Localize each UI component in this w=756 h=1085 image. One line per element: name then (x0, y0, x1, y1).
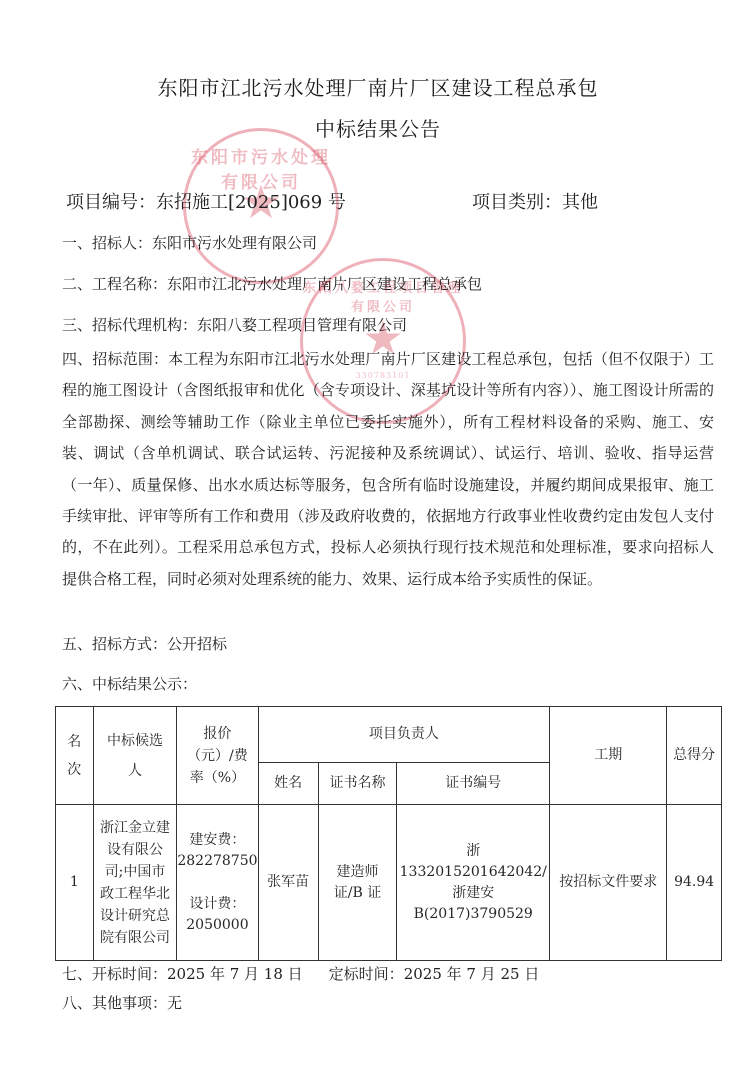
header-cert-no: 证书编号 (397, 763, 550, 805)
cell-cert-no: 浙 1332015201642042/ 浙建安 B(2017)3790529 (397, 805, 550, 961)
project-category: 项目类别：其他 (472, 188, 598, 214)
header-price: 报价（元）/费率（%） (177, 707, 258, 805)
header-duration: 工期 (550, 707, 667, 805)
section-label: 四、招标范围： (62, 350, 168, 368)
opening-time-value: 2025 年 7 月 18 日 (167, 965, 303, 983)
section-value: 本工程为东阳市江北污水处理厂南片厂区建设工程总承包，包括（但不仅限于）工程的施工… (62, 350, 714, 588)
section-tender-method: 五、招标方式：公开招标 (62, 633, 227, 654)
project-category-label: 项目类别： (472, 192, 562, 213)
cell-score: 94.94 (667, 805, 722, 961)
section-label: 八、其他事项： (62, 994, 167, 1012)
cell-bidder: 浙江金立建设有限公司;中国市政工程华北设计研究总院有限公司 (93, 805, 177, 961)
header-rank: 名次 (56, 707, 94, 805)
project-number: 项目编号：东招施工[2025]069 号 (66, 188, 346, 214)
section-agency: 三、招标代理机构：东阳八婺工程项目管理有限公司 (62, 314, 407, 335)
section-value: 东阳市污水处理有限公司 (152, 234, 317, 252)
cell-rank: 1 (56, 805, 94, 961)
section-label: 二、工程名称： (62, 275, 167, 293)
header-bidder: 中标候选人 (93, 707, 177, 805)
section-value: 东阳八婺工程项目管理有限公司 (197, 316, 407, 334)
section-label: 三、招标代理机构： (62, 316, 197, 334)
project-number-value: 东招施工[2025]069 号 (156, 192, 346, 213)
header-score: 总得分 (667, 707, 722, 805)
header-project-manager: 项目负责人 (258, 707, 550, 763)
stamp-text: 东阳市污水处理有限公司 (186, 143, 336, 193)
table-row: 1 浙江金立建设有限公司;中国市政工程华北设计研究总院有限公司 建安费： 282… (56, 805, 722, 961)
design-fee-value: 2050000 (177, 915, 257, 936)
cell-price: 建安费： 282278750 设计费： 2050000 (177, 805, 258, 961)
section-dates: 七、开标时间：2025 年 7 月 18 日定标时间：2025 年 7 月 25… (62, 963, 539, 984)
announcement-page: 东阳市污水处理有限公司 ★ 东阳八婺工程项目管理有限公司 ★ 330783101… (0, 0, 756, 1085)
section-value: 东阳市江北污水处理厂南片厂区建设工程总承包 (167, 275, 482, 293)
section-other: 八、其他事项：无 (62, 992, 182, 1013)
section-value: 公开招标 (167, 635, 227, 653)
project-number-label: 项目编号： (66, 192, 156, 213)
section-project-name: 二、工程名称：东阳市江北污水处理厂南片厂区建设工程总承包 (62, 273, 482, 294)
cell-duration: 按招标文件要求 (550, 805, 667, 961)
design-fee-label: 设计费： (177, 894, 257, 915)
construction-fee-label: 建安费： (177, 830, 257, 851)
award-time-value: 2025 年 7 月 25 日 (404, 965, 540, 983)
project-category-value: 其他 (562, 192, 598, 213)
section-scope: 四、招标范围：本工程为东阳市江北污水处理厂南片厂区建设工程总承包，包括（但不仅限… (62, 344, 714, 595)
section-tenderer: 一、招标人：东阳市污水处理有限公司 (62, 232, 317, 253)
construction-fee-value: 282278750 (177, 851, 257, 872)
opening-time-label: 七、开标时间： (62, 965, 167, 983)
cell-manager-name: 张军苗 (258, 805, 318, 961)
document-title: 东阳市江北污水处理厂南片厂区建设工程总承包 (0, 72, 756, 101)
header-name: 姓名 (258, 763, 318, 805)
section-label: 五、招标方式： (62, 635, 167, 653)
header-cert-name: 证书名称 (318, 763, 397, 805)
award-time-label: 定标时间： (329, 965, 404, 983)
section-label: 一、招标人： (62, 234, 152, 252)
section-result-heading: 六、中标结果公示： (62, 673, 197, 694)
section-label: 六、中标结果公示： (62, 675, 197, 693)
table-header-row: 名次 中标候选人 报价（元）/费率（%） 项目负责人 工期 总得分 (56, 707, 722, 763)
award-result-table: 名次 中标候选人 报价（元）/费率（%） 项目负责人 工期 总得分 姓名 证书名… (55, 706, 722, 961)
document-subtitle: 中标结果公告 (0, 113, 756, 142)
section-value: 无 (167, 994, 182, 1012)
cell-cert-name: 建造师证/B 证 (318, 805, 397, 961)
